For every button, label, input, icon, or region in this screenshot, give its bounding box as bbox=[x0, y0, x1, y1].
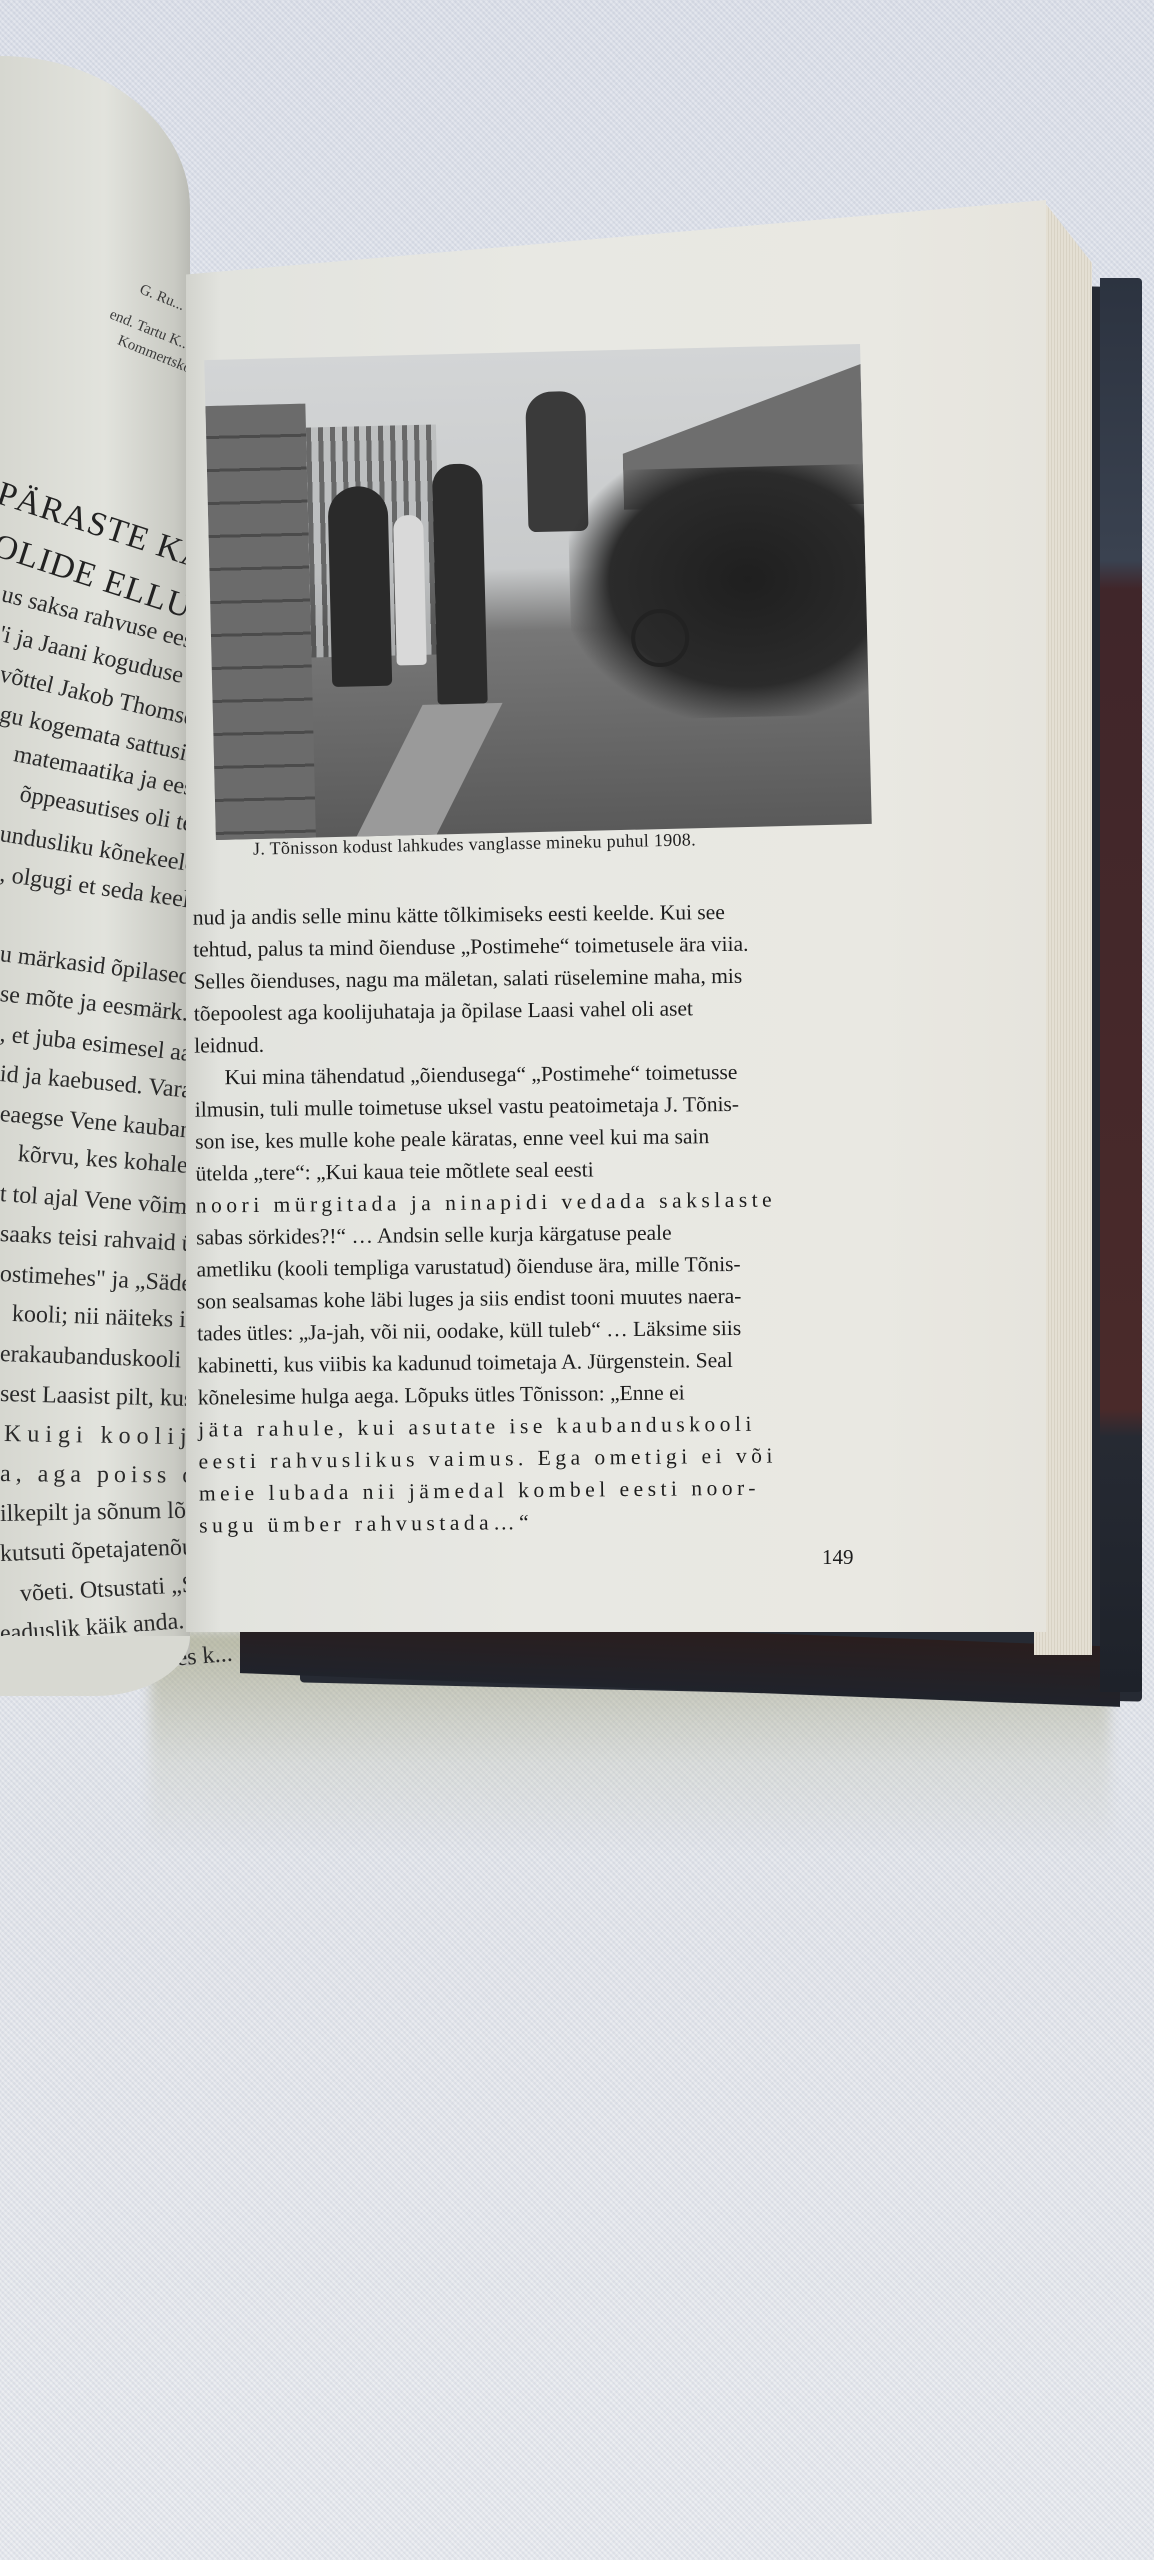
book-cover-edge bbox=[1100, 278, 1142, 1692]
left-body-line: kõrvu, kes kohale... bbox=[17, 1141, 206, 1181]
left-body-line: võeti. Otsustati „S... bbox=[19, 1571, 213, 1608]
photo-wooden-plank bbox=[347, 703, 503, 840]
photo-woman-in-white bbox=[393, 515, 427, 666]
left-body-line: eaduslik käik anda. ... bbox=[0, 1606, 209, 1647]
left-running-head-line: G. Ru... bbox=[137, 282, 187, 315]
left-body-line: id ja kaebused. Vara... bbox=[0, 1061, 211, 1106]
page-number: 149 bbox=[822, 1545, 854, 1570]
left-page: G. Ru... end. Tartu K... Kommertskooli..… bbox=[0, 56, 190, 1666]
page-body-text: nud ja andis selle minu kätte tõlkimisek… bbox=[193, 894, 880, 1541]
photo-horse bbox=[567, 464, 869, 721]
photo-wooden-wall bbox=[205, 404, 316, 840]
photo-man-in-hat bbox=[432, 463, 488, 704]
historical-photograph bbox=[204, 344, 872, 840]
photo-man-in-coat bbox=[327, 486, 392, 687]
